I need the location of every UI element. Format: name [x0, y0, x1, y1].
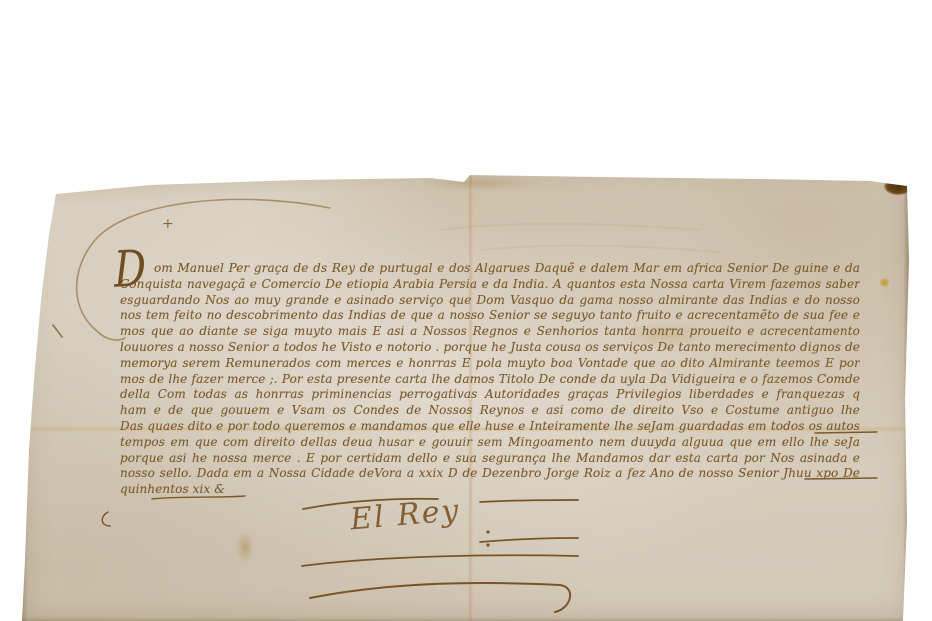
manuscript-line: mos que ao diante se siga muyto mais E a…	[120, 324, 860, 340]
photo-canvas: D + om Manuel Per graça de ds Rey de pur…	[0, 0, 932, 621]
manuscript-line: della Com todas as honrras priminencias …	[120, 387, 860, 403]
show-through-ghost-marks	[440, 224, 720, 252]
manuscript-line: porque asi he nossa merce . E por certid…	[120, 451, 860, 467]
manuscript-line: nosso sello. Dada em a Nossa Cidade deVo…	[120, 466, 860, 482]
manuscript-line: Conquista navegaçã e Comercio De etiopia…	[120, 277, 860, 293]
manuscript-text: om Manuel Per graça de ds Rey de purtuga…	[120, 261, 860, 498]
manuscript-line: ham e de que gouuem e Vsam os Condes de …	[120, 403, 860, 419]
ink-layer: D + om Manuel Per graça de ds Rey de pur…	[20, 160, 912, 621]
parchment-top-edge	[20, 160, 912, 170]
manuscript-line: mos de lhe fazer merce ;. Por esta prese…	[120, 372, 860, 388]
manuscript-line: Das quaes dito e por todo queremos e man…	[120, 419, 860, 435]
manuscript-line: esguardando Nos ao muy grande e asinado …	[120, 293, 860, 309]
manuscript-line: om Manuel Per graça de ds Rey de purtuga…	[120, 261, 860, 277]
manuscript-line: louuores a nosso Senior a todos he Visto…	[120, 340, 860, 356]
manuscript-line: nos tem feito no descobrimento das India…	[120, 308, 860, 324]
manuscript-line: tempos em que com direito dellas deua hu…	[120, 435, 860, 451]
parchment-document: D + om Manuel Per graça de ds Rey de pur…	[20, 160, 912, 621]
manuscript-line: memorya serem Remunerados com merces e h…	[120, 356, 860, 372]
cross-mark: +	[162, 216, 174, 232]
signature-flourish	[102, 499, 578, 612]
